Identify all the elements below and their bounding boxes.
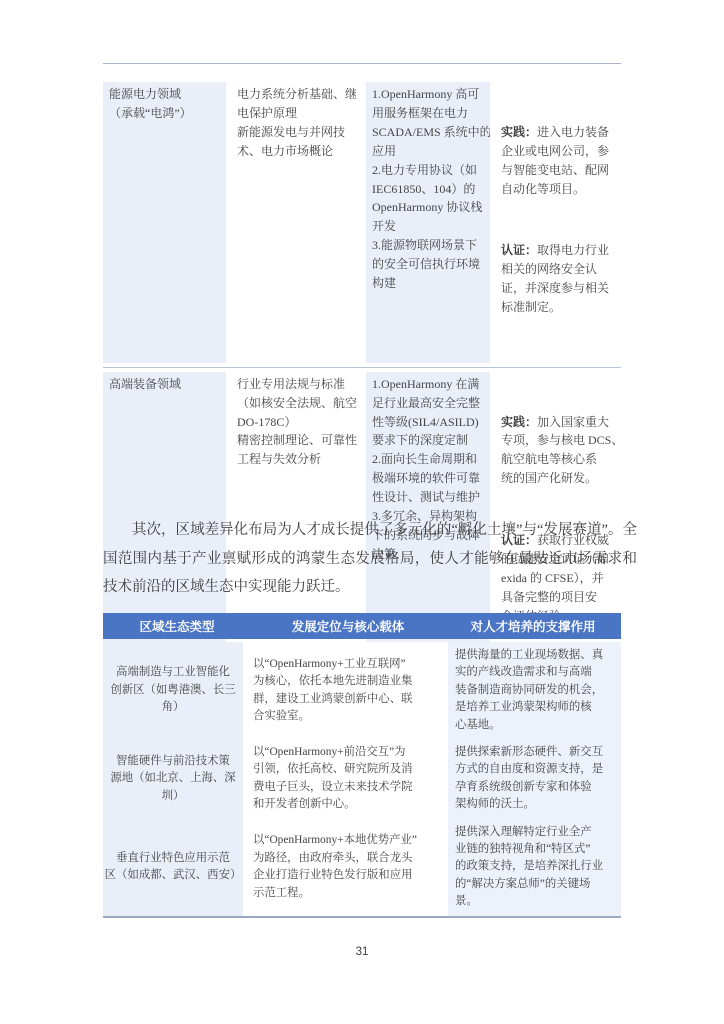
t1-row1-foundation-cell: 电力系统分析基础、继 电保护原理 新能源发电与并网技 术、电力市场概论 xyxy=(231,82,361,363)
t2-row1-type-cell: 高端制造与工业智能化 创新区（如粤港澳、长三 角） xyxy=(103,642,243,739)
header-position-carrier: 发展定位与核心载体 xyxy=(251,617,445,635)
t2-row2-position-cell: 以“OpenHarmony+前沿交互”为 引领，依托高校、研究院所及消 费电子巨… xyxy=(247,739,444,819)
t2-row2-support-cell: 提供探索新形态硬件、新交互 方式的自由度和资源支持，是 孕育系统级创新专家和体验… xyxy=(448,739,621,819)
regional-table-header-row: 区域生态类型 发展定位与核心载体 对人才培养的支撑作用 xyxy=(103,613,621,639)
regional-ecosystem-table: 区域生态类型 发展定位与核心载体 对人才培养的支撑作用 高端制造与工业智能化 创… xyxy=(103,613,621,918)
t2-row3-type-cell: 垂直行业特色应用示范 区（如成都、武汉、西安） xyxy=(103,819,243,916)
t2-row3-support-cell: 提供深入理解特定行业全产 业链的独特视角和“特区式” 的政策支持，是培养深扎行业… xyxy=(448,819,621,916)
t2-row1-support-cell: 提供海量的工业现场数据、真 实的产线改造需求和与高端 装备制造商协同研发的机会，… xyxy=(448,642,621,739)
regional-table-body: 高端制造与工业智能化 创新区（如粤港澳、长三 角） 以“OpenHarmony+… xyxy=(103,642,621,916)
header-ecosystem-type: 区域生态类型 xyxy=(103,617,251,635)
t2-row2-type-cell: 智能硬件与前沿技术策 源地（如北京、上海、深 圳） xyxy=(103,739,243,819)
t1-row1-domain-cell: 能源电力领域 （承载“电鸿”） xyxy=(103,82,226,363)
practice-label: 实践： xyxy=(501,415,537,429)
t2-row1-position-cell: 以“OpenHarmony+工业互联网” 为核心，依托本地先进制造业集 群，建设… xyxy=(247,642,444,739)
header-talent-support: 对人才培养的支撑作用 xyxy=(445,617,621,635)
t1-row1-tech-cell: 1.OpenHarmony 高可 用服务框架在电力 SCADA/EMS 系统中的… xyxy=(366,82,490,363)
t2-row3-position-cell: 以“OpenHarmony+本地优势产业” 为路径，由政府牵头，联合龙头 企业打… xyxy=(247,819,444,916)
certification-paragraph: 认证：取得电力行业 相关的网络安全认 证，并深度参与相关 标准制定。 xyxy=(501,241,617,317)
practice-label: 实践： xyxy=(501,125,537,139)
practice-paragraph: 实践：进入电力装备 企业或电网公司，参 与智能变电站、配网 自动化等项目。 xyxy=(501,123,617,199)
row-separator xyxy=(103,367,621,368)
t1-row1-practice-cert-cell: 实践：进入电力装备 企业或电网公司，参 与智能变电站、配网 自动化等项目。 认证… xyxy=(495,82,621,363)
body-paragraph: 其次，区域差异化布局为人才成长提供了多元化的“孵化土壤”与“发展赛道”。全国范围… xyxy=(103,516,637,602)
certification-label: 认证： xyxy=(501,243,537,257)
document-page: 能源电力领域 （承载“电鸿”） 电力系统分析基础、继 电保护原理 新能源发电与并… xyxy=(0,0,724,1024)
practice-paragraph: 实践：加入国家重大 专项，参与核电 DCS、 航空航电等核心系 统的国产化研发。 xyxy=(501,413,617,489)
page-number: 31 xyxy=(0,946,724,958)
